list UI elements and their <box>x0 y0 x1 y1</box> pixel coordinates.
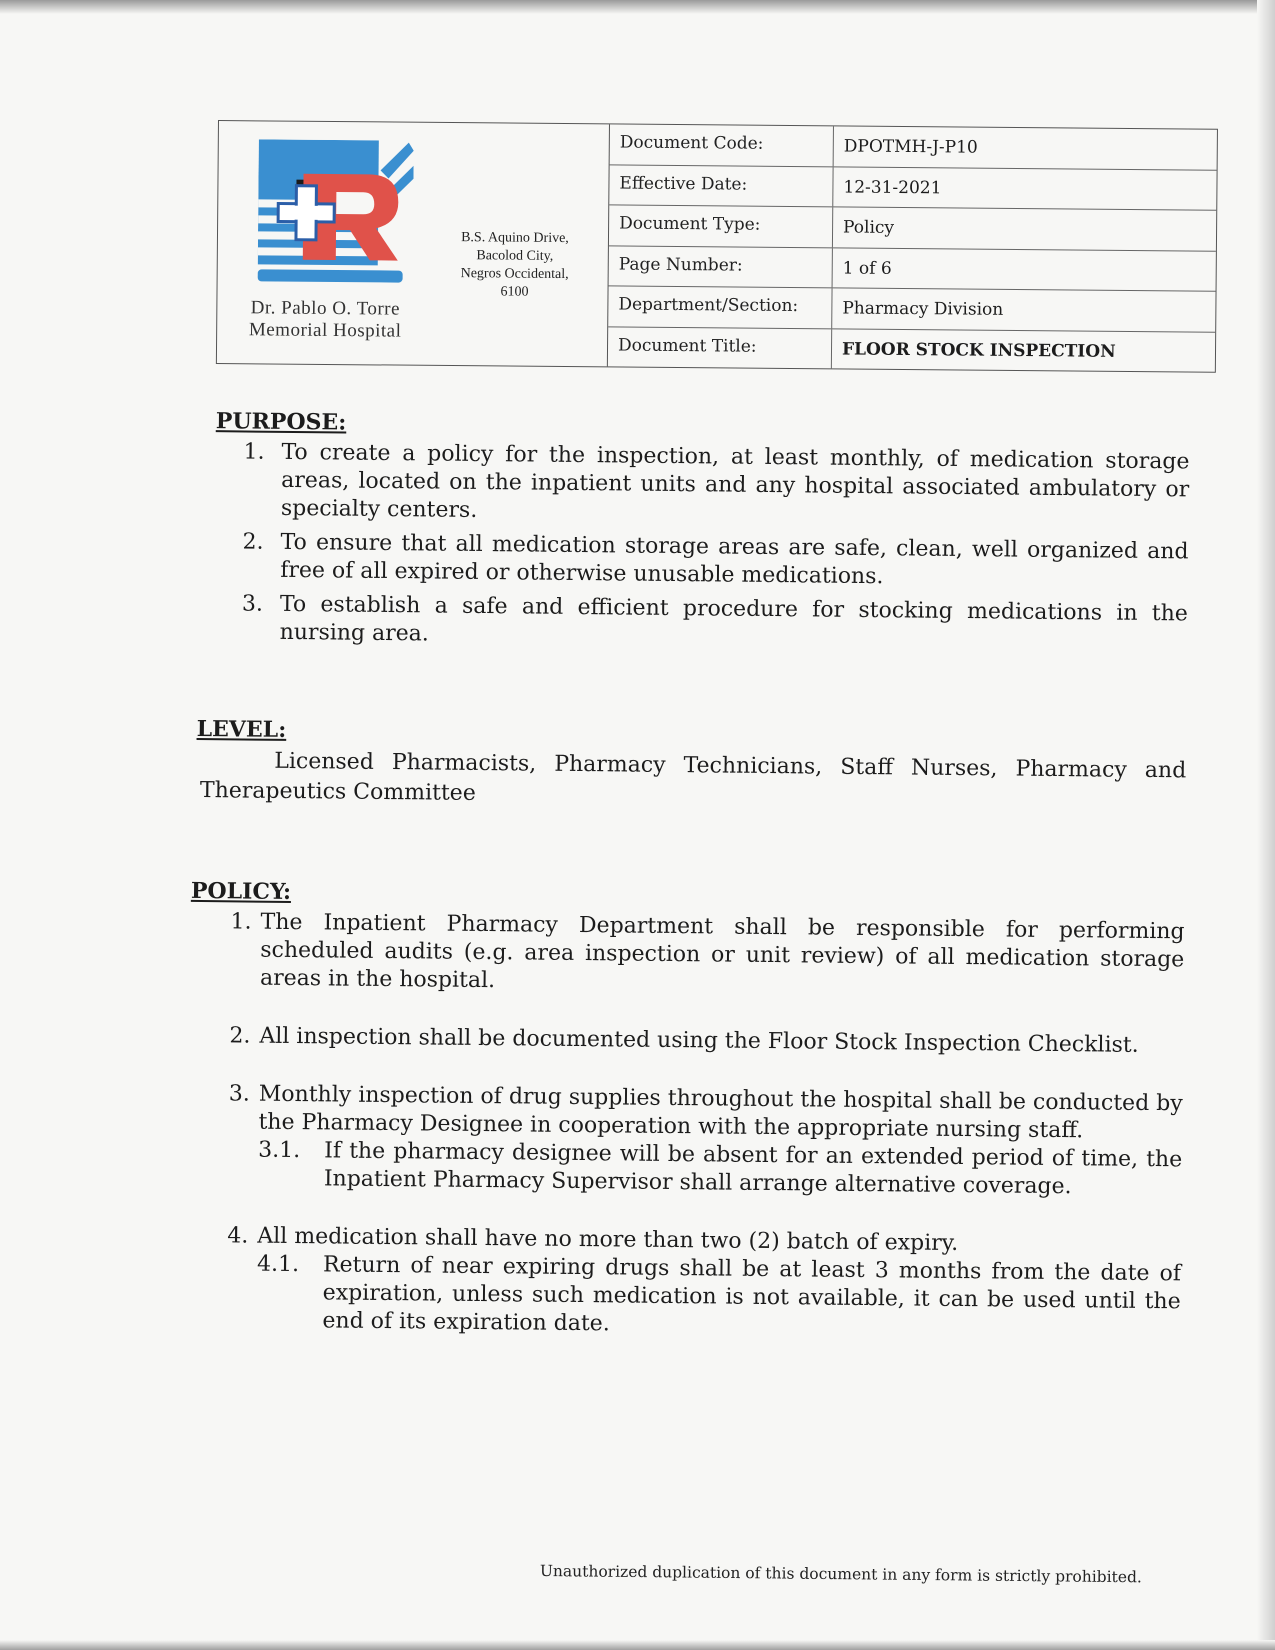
sub-item: 4.1.Return of near expiring drugs shall … <box>256 1251 1181 1345</box>
hospital-name-line1: Dr. Pablo O. Torre <box>225 297 425 321</box>
meta-label: Document Type: <box>609 205 833 246</box>
hospital-address: B.S. Aquino Drive, Bacolod City, Negros … <box>439 229 590 302</box>
item-text: To establish a safe and efficient proced… <box>280 591 1189 657</box>
list-item: 3.Monthly inspection of drug supplies th… <box>228 1080 1183 1146</box>
list-item: 2.To ensure that all medication storage … <box>242 528 1189 594</box>
item-text: All inspection shall be documented using… <box>259 1023 1183 1061</box>
item-text: The Inpatient Pharmacy Department shall … <box>260 909 1185 1003</box>
hospital-cross-r-logo-icon <box>258 139 414 290</box>
document-page: Dr. Pablo O. Torre Memorial Hospital B.S… <box>0 0 1275 1650</box>
hospital-identity-cell: Dr. Pablo O. Torre Memorial Hospital B.S… <box>217 121 610 366</box>
level-text: Licensed Pharmacists, Pharmacy Technicia… <box>200 746 1187 816</box>
meta-value: 1 of 6 <box>833 248 1216 291</box>
address-line: Negros Occidental, <box>440 265 590 284</box>
address-line: B.S. Aquino Drive, <box>440 229 590 248</box>
meta-value: 12-31-2021 <box>833 167 1216 210</box>
meta-label: Effective Date: <box>609 165 833 206</box>
item-number: 4. <box>227 1222 257 1250</box>
list-item: 1.To create a policy for the inspection,… <box>243 438 1190 532</box>
document-header-table: Dr. Pablo O. Torre Memorial Hospital B.S… <box>216 120 1218 373</box>
document-body: PURPOSE: 1.To create a policy for the in… <box>190 408 1190 1344</box>
document-metadata: Document Code: DPOTMH-J-P10 Effective Da… <box>608 124 1217 371</box>
purpose-section: PURPOSE: 1.To create a policy for the in… <box>198 408 1190 656</box>
hospital-name-line2: Memorial Hospital <box>225 319 425 343</box>
meta-row-department: Department/Section: Pharmacy Division <box>608 286 1215 332</box>
item-text: To ensure that all medication storage ar… <box>280 529 1189 595</box>
sub-item-number: 3.1. <box>258 1137 325 1194</box>
meta-row-page-number: Page Number: 1 of 6 <box>609 246 1216 292</box>
meta-row-document-code: Document Code: DPOTMH-J-P10 <box>610 124 1217 170</box>
level-section: LEVEL: Licensed Pharmacists, Pharmacy Te… <box>196 716 1187 816</box>
item-text: Monthly inspection of drug supplies thro… <box>258 1081 1183 1147</box>
meta-label: Page Number: <box>609 246 833 287</box>
sub-item-text: If the pharmacy designee will be absent … <box>324 1137 1183 1202</box>
item-number: 3. <box>242 590 281 646</box>
scan-edge-bottom <box>0 1640 1275 1650</box>
meta-label: Document Code: <box>610 124 834 165</box>
meta-row-document-type: Document Type: Policy <box>609 205 1216 251</box>
list-item: 2.All inspection shall be documented usi… <box>229 1022 1183 1060</box>
meta-label: Department/Section: <box>608 286 832 327</box>
item-number: 2. <box>229 1022 259 1050</box>
meta-row-effective-date: Effective Date: 12-31-2021 <box>609 165 1216 211</box>
list-item: 1.The Inpatient Pharmacy Department shal… <box>230 908 1185 1002</box>
list-item: 3.To establish a safe and efficient proc… <box>242 590 1189 656</box>
hospital-name: Dr. Pablo O. Torre Memorial Hospital <box>225 297 425 343</box>
scan-edge-right <box>1257 0 1275 1650</box>
sub-item-text: Return of near expiring drugs shall be a… <box>322 1251 1181 1344</box>
meta-label: Document Title: <box>608 327 832 368</box>
footer-notice: Unauthorized duplication of this documen… <box>540 1562 1142 1586</box>
address-line: 6100 <box>439 283 589 302</box>
item-number: 1. <box>230 908 261 992</box>
policy-section: POLICY: 1.The Inpatient Pharmacy Departm… <box>190 878 1185 1344</box>
address-line: Bacolod City, <box>440 247 590 266</box>
meta-row-document-title: Document Title: FLOOR STOCK INSPECTION <box>608 327 1215 372</box>
item-number: 1. <box>243 438 282 522</box>
item-number: 2. <box>242 528 281 584</box>
meta-value: Policy <box>833 207 1216 250</box>
sub-item: 3.1.If the pharmacy designee will be abs… <box>258 1137 1183 1203</box>
scan-edge-top <box>0 0 1275 14</box>
meta-value: DPOTMH-J-P10 <box>834 126 1217 169</box>
item-number: 3. <box>228 1080 259 1136</box>
item-text: To create a policy for the inspection, a… <box>281 439 1190 533</box>
meta-value: Pharmacy Division <box>832 288 1215 331</box>
meta-value: FLOOR STOCK INSPECTION <box>832 329 1215 372</box>
sub-item-number: 4.1. <box>256 1251 323 1336</box>
